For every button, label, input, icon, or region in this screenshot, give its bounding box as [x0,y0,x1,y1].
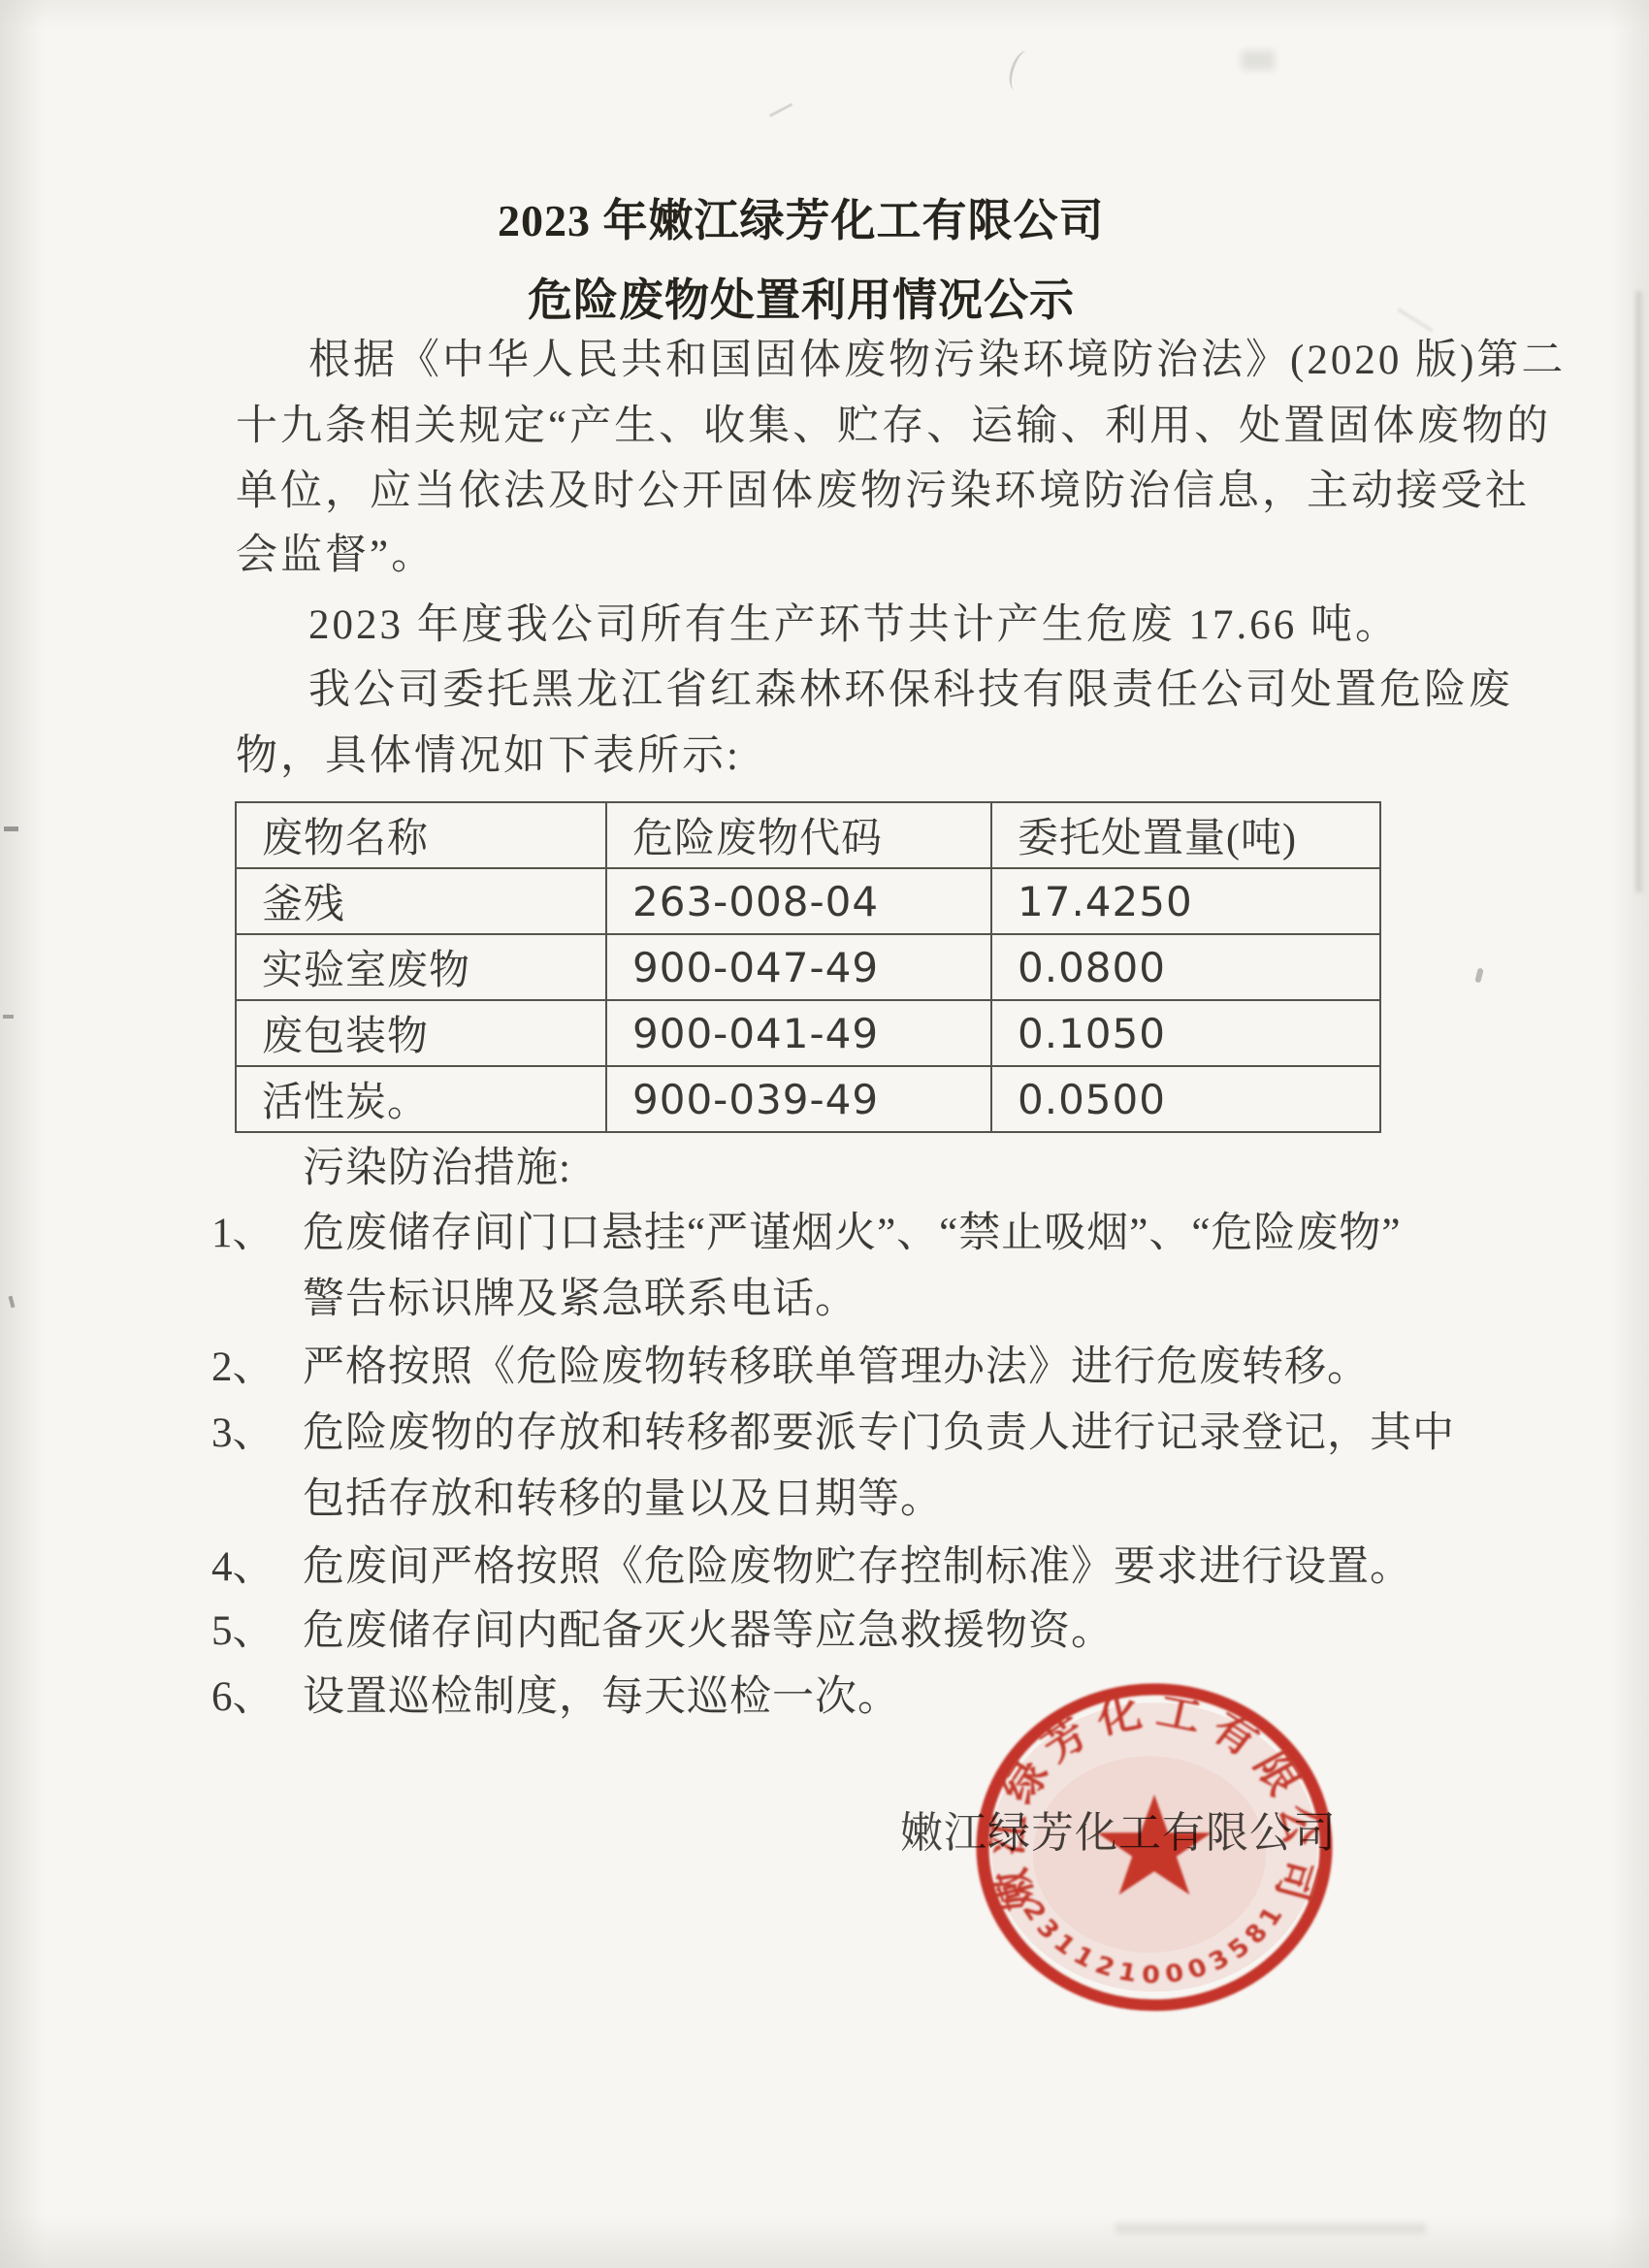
table-row: 废包装物 900-041-49 0.1050 [236,1000,1380,1066]
scan-artifact [1474,967,1483,983]
scan-artifact [769,103,792,117]
measure-2-line1: 严格按照《危险废物转移联单管理办法》进行危废转移。 [303,1335,1370,1401]
waste-table: 废物名称 危险废物代码 委托处置量(吨) 釜残 263-008-04 17.42… [235,801,1381,1133]
scanned-document-page: 2023 年嫩江绿芳化工有限公司 危险废物处置利用情况公示 根据《中华人民共和国… [0,0,1649,2268]
col-header-amount: 委托处置量(吨) [991,802,1380,868]
scan-artifact [1005,49,1037,93]
waste-code: 900-047-49 [606,934,991,1000]
col-header-waste-code: 危险废物代码 [606,802,991,868]
measure-6-number: 6、 [211,1665,275,1731]
measure-4-number: 4、 [211,1535,275,1601]
measure-4-line1: 危废间严格按照《危险废物贮存控制标准》要求进行设置。 [303,1535,1412,1601]
measure-1-line1: 危废储存间门口悬挂“严谨烟火”、“禁止吸烟”、“危险废物” [303,1201,1402,1267]
document-title-line2: 危险废物处置利用情况公示 [528,270,1075,332]
waste-amount: 0.1050 [991,1000,1380,1066]
scan-artifact [9,1296,16,1309]
waste-code: 900-041-49 [606,1000,991,1066]
waste-table-header-row: 废物名称 危险废物代码 委托处置量(吨) [236,802,1380,868]
paragraph2-line1: 2023 年度我公司所有生产环节共计产生危废 17.66 吨。 [308,593,1400,659]
waste-name: 釜残 [236,868,606,934]
paragraph3-line2: 物，具体情况如下表所示: [236,724,741,790]
table-row: 活性炭。 900-039-49 0.0500 [236,1066,1380,1132]
waste-name: 活性炭。 [236,1066,606,1132]
measure-2-number: 2、 [211,1335,275,1401]
measures-heading: 污染防治措施: [303,1136,571,1202]
waste-amount: 0.0500 [991,1066,1380,1132]
paragraph1-line2: 十九条相关规定“产生、收集、贮存、运输、利用、处置固体废物的 [236,394,1551,460]
measure-3-number: 3、 [211,1401,275,1467]
measure-1-number: 1、 [211,1201,275,1267]
measure-5-line1: 危废储存间内配备灭火器等应急救援物资。 [303,1599,1114,1665]
paragraph1-line3: 单位，应当依法及时公开固体废物污染环境防治信息，主动接受社 [236,459,1530,525]
waste-code: 263-008-04 [606,868,991,934]
measure-6-line1: 设置巡检制度，每天巡检一次。 [303,1665,900,1731]
scan-artifact [1242,50,1275,70]
waste-code: 900-039-49 [606,1066,991,1132]
paragraph3-line1: 我公司委托黑龙江省红森林环保科技有限责任公司处置危险废 [308,658,1513,724]
paragraph1-line1: 根据《中华人民共和国固体废物污染环境防治法》(2020 版)第二 [308,328,1566,394]
waste-amount: 17.4250 [991,868,1380,934]
company-seal: 嫩江绿芳化工有限公司 2311210003581 [960,1676,1348,2025]
scan-artifact [1635,291,1642,892]
table-row: 釜残 263-008-04 17.4250 [236,868,1380,934]
table-row: 实验室废物 900-047-49 0.0800 [236,934,1380,1000]
waste-name: 实验室废物 [236,934,606,1000]
measure-1-line2: 警告标识牌及紧急联系电话。 [303,1267,857,1333]
document-title-line1: 2023 年嫩江绿芳化工有限公司 [498,190,1105,252]
scan-artifact [3,1015,14,1019]
measure-3-line1: 危险废物的存放和转移都要派专门负责人进行记录登记，其中 [303,1401,1455,1467]
col-header-waste-name: 废物名称 [236,802,606,868]
measure-3-line2: 包括存放和转移的量以及日期等。 [303,1467,943,1533]
scan-artifact [4,826,18,831]
waste-name: 废包装物 [236,1000,606,1066]
measure-5-number: 5、 [211,1599,275,1665]
paragraph1-line4: 会监督”。 [236,523,436,589]
waste-amount: 0.0800 [991,934,1380,1000]
scan-artifact [1115,2223,1426,2234]
